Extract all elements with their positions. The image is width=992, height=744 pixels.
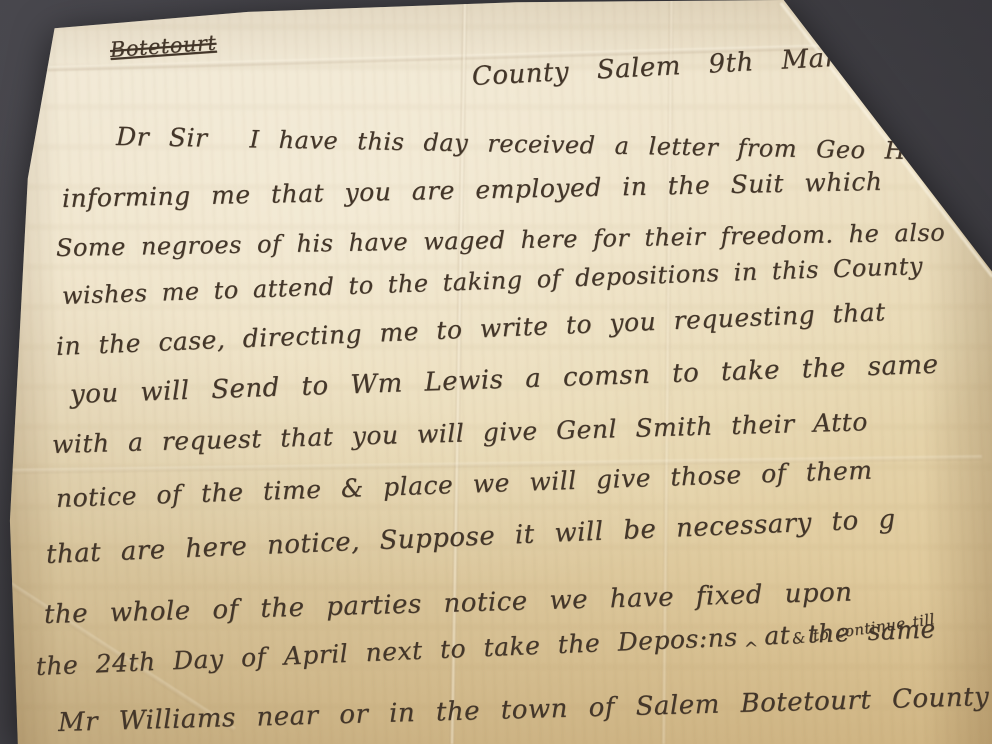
- letter-paper: Botetourt County Salem 9th March 1829 Dr…: [0, 0, 992, 744]
- salutation-text: Dr Sir: [116, 122, 208, 153]
- letter-line-11-after: at the same: [764, 614, 937, 650]
- caret-mark: ^: [744, 639, 760, 660]
- paper-wrapper: Botetourt County Salem 9th March 1829 Dr…: [0, 0, 992, 744]
- photo-surface: Botetourt County Salem 9th March 1829 Dr…: [0, 0, 992, 744]
